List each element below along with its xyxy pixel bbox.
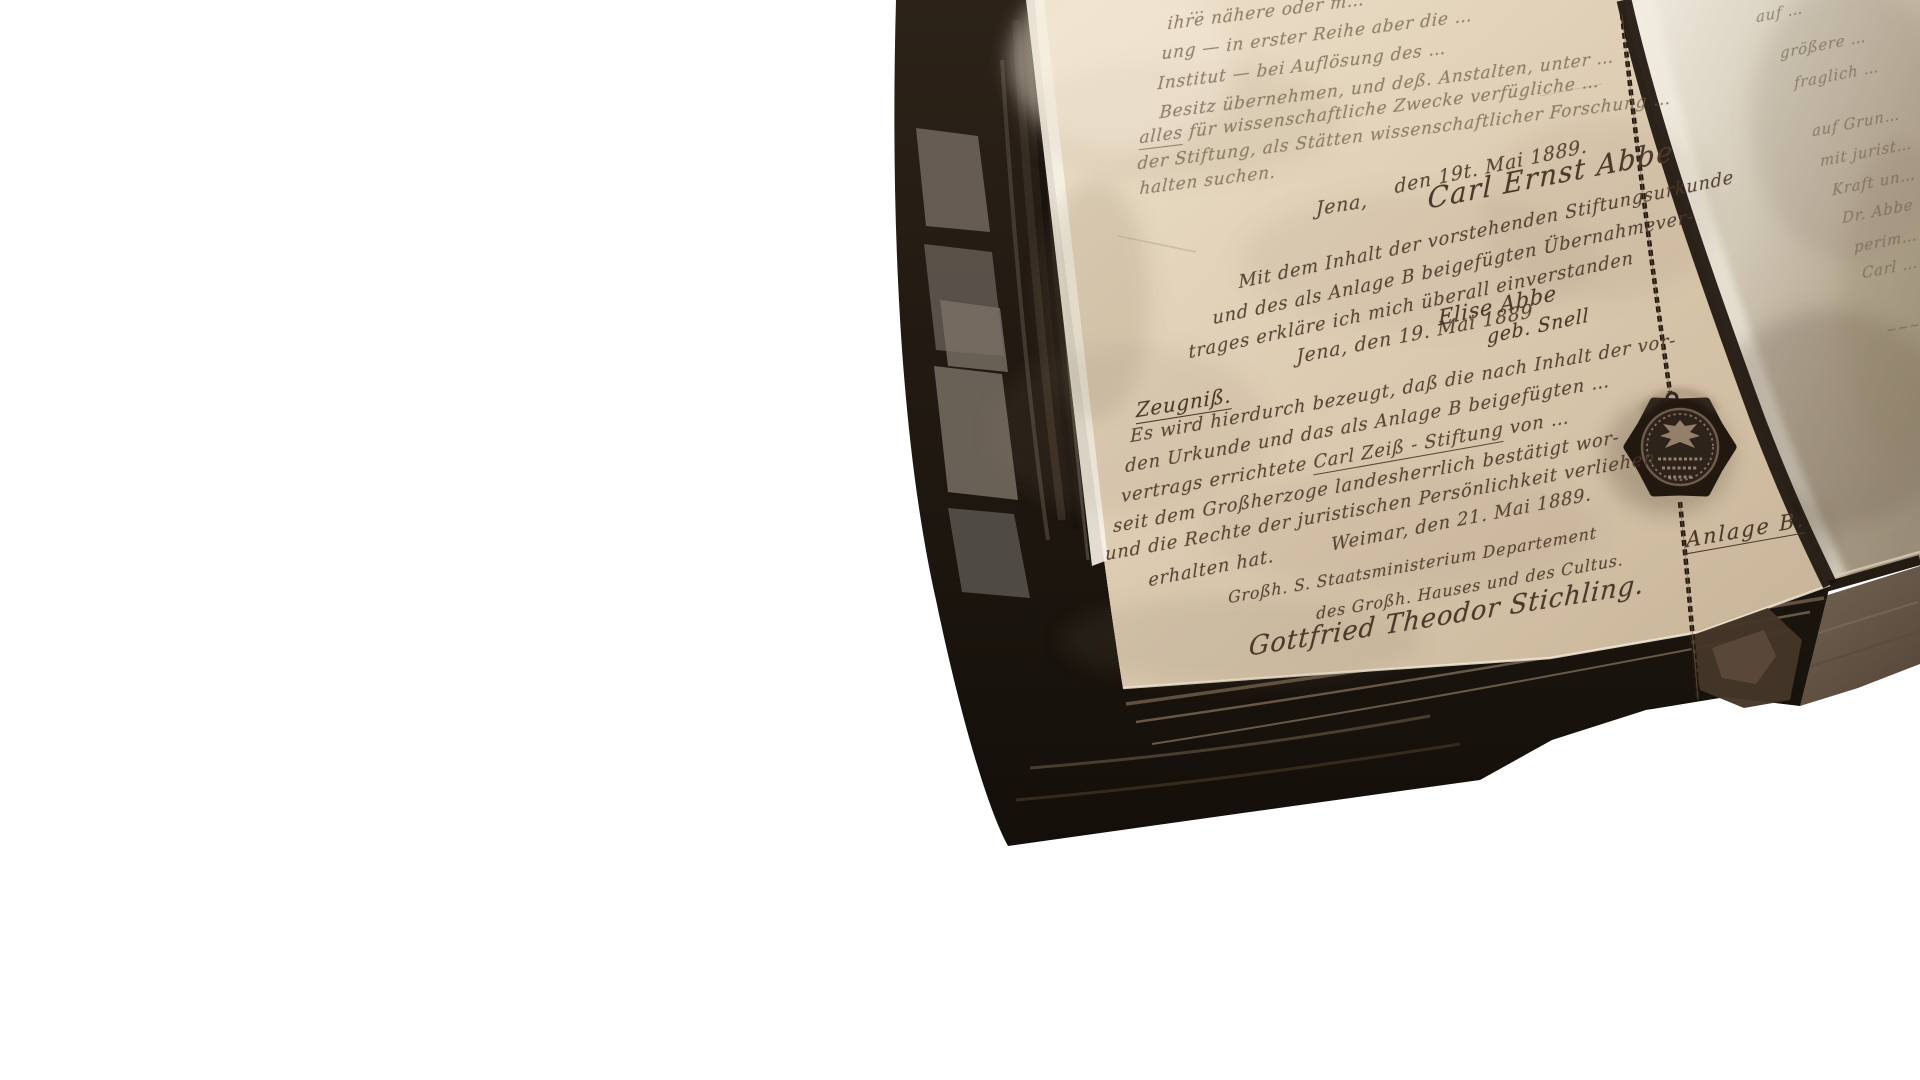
document-photo: … ihre nähere oder m… ung — in erster Re… (0, 0, 1920, 1080)
